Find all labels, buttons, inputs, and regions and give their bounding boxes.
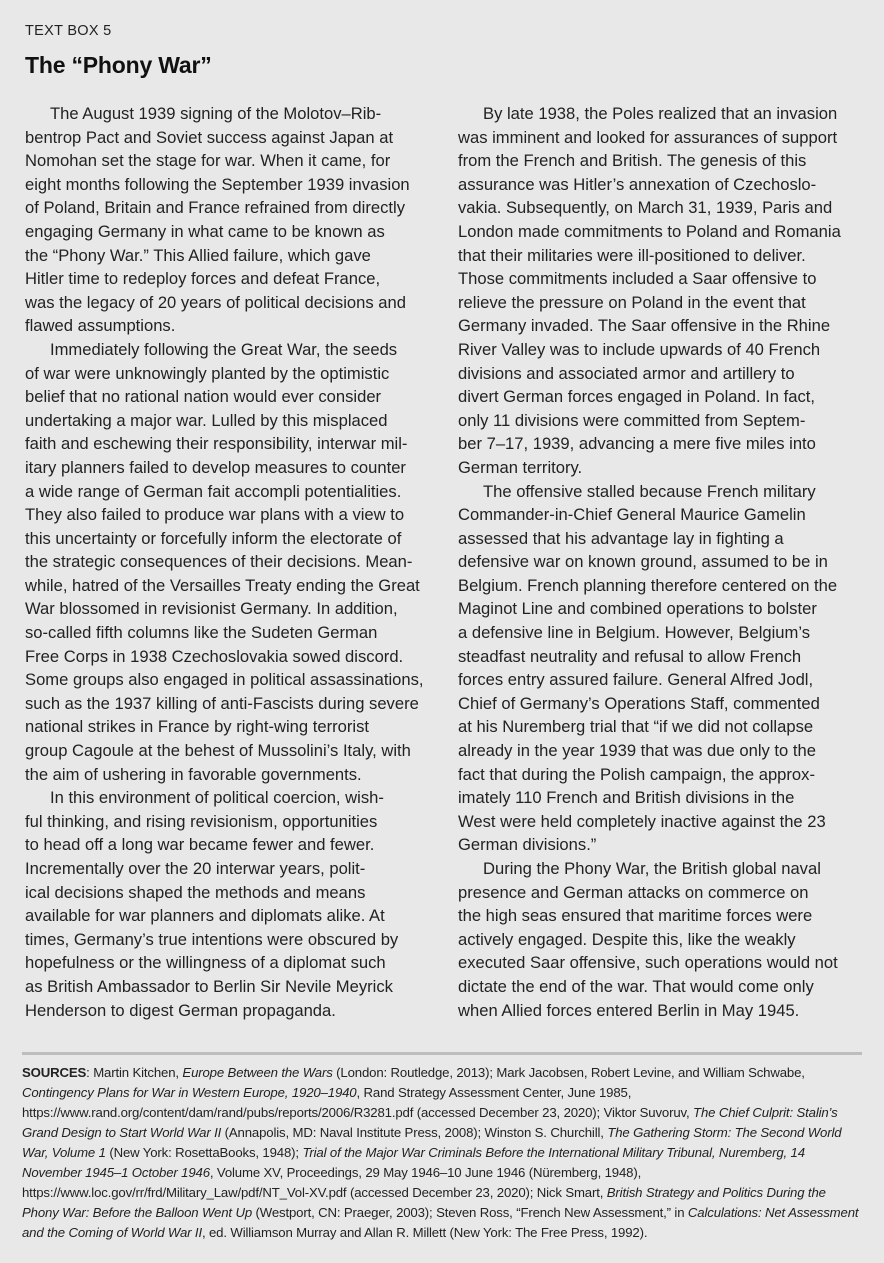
paragraph: Immediately following the Great War, the… <box>25 338 430 786</box>
sources-divider <box>22 1052 862 1055</box>
paragraph: In this environment of political coercio… <box>25 786 430 1022</box>
source-text: , ed. Williamson Murray and Allan R. Mil… <box>202 1225 647 1240</box>
source-text: (Westport, CN: Praeger, 2003); Steven Ro… <box>252 1205 688 1220</box>
source-title: Europe Between the Wars <box>182 1065 332 1080</box>
source-title: Contingency Plans for War in Western Eur… <box>22 1085 357 1100</box>
paragraph: During the Phony War, the British global… <box>458 857 863 1022</box>
text-box-label: TEXT BOX 5 <box>25 23 112 39</box>
source-text: (New York: RosettaBooks, 1948); <box>106 1145 303 1160</box>
paragraph: The offensive stalled because French mil… <box>458 480 863 858</box>
source-text: : Martin Kitchen, <box>86 1065 182 1080</box>
sources-text: : Martin Kitchen, Europe Between the War… <box>22 1065 858 1240</box>
text-box: TEXT BOX 5 The “Phony War” The August 19… <box>0 0 884 1263</box>
paragraph: By late 1938, the Poles realized that an… <box>458 102 863 480</box>
source-text: (Annapolis, MD: Naval Institute Press, 2… <box>221 1125 607 1140</box>
paragraph: The August 1939 signing of the Molotov–R… <box>25 102 430 338</box>
right-column: By late 1938, the Poles realized that an… <box>458 102 863 1022</box>
sources-label: SOURCES <box>22 1065 86 1080</box>
source-text: (London: Routledge, 2013); Mark Jacobsen… <box>333 1065 805 1080</box>
left-column: The August 1939 signing of the Molotov–R… <box>25 102 430 1022</box>
sources-note: SOURCES: Martin Kitchen, Europe Between … <box>22 1063 864 1243</box>
text-box-title: The “Phony War” <box>25 52 212 79</box>
